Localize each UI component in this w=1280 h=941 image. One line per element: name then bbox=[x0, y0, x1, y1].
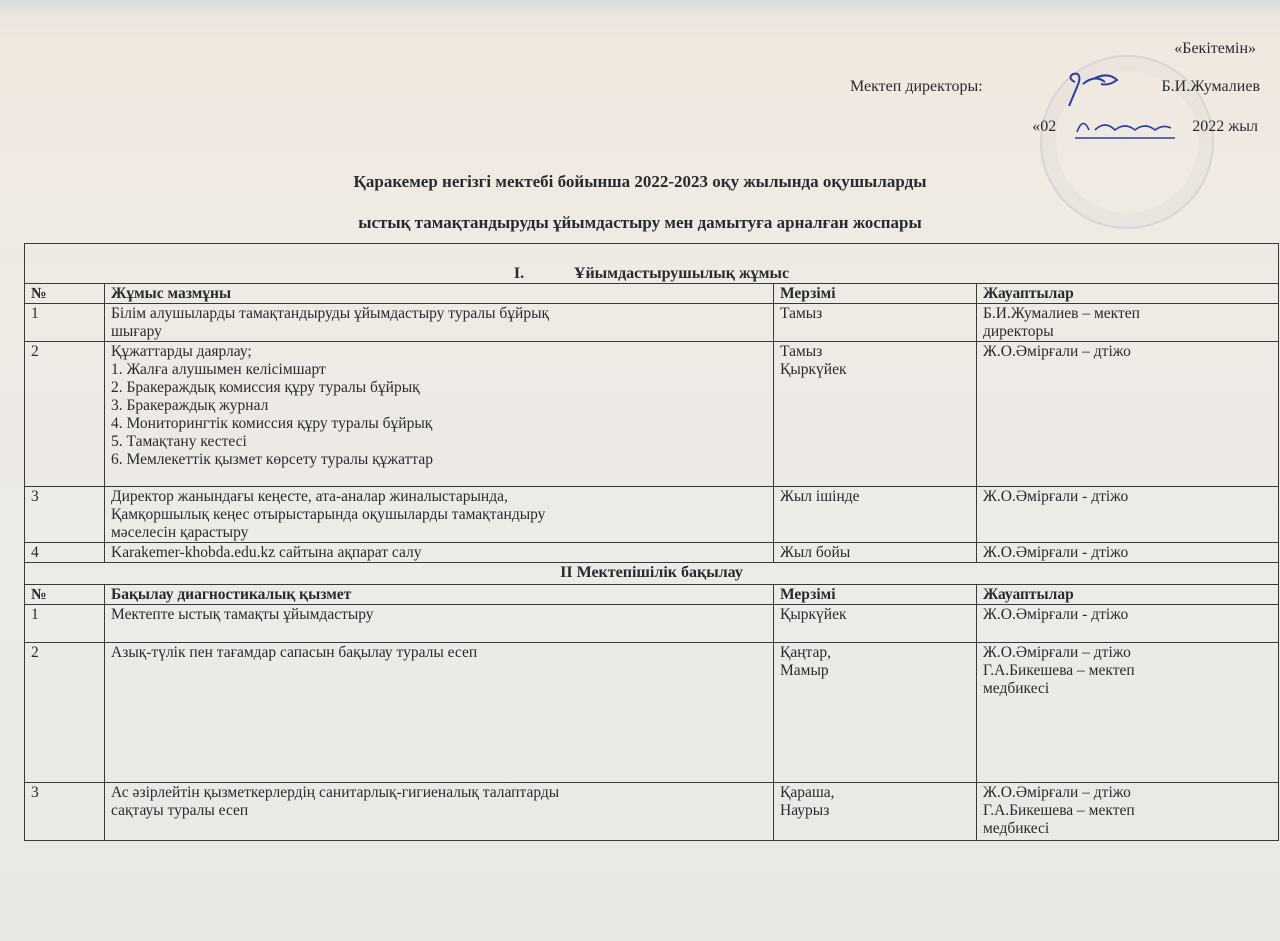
row-number: 3 bbox=[25, 487, 105, 543]
approval-date-year: 2022 жыл bbox=[1192, 118, 1258, 135]
section-number: I. bbox=[514, 265, 574, 283]
row-responsible-line: Ж.О.Әмірғали – дтіжо bbox=[983, 644, 1272, 662]
row-due: Қаңтар,Мамыр bbox=[774, 643, 977, 783]
row-content: Білім алушыларды тамақтандыруды ұйымдаст… bbox=[105, 304, 774, 342]
table-row: 1Білім алушыларды тамақтандыруды ұйымдас… bbox=[25, 304, 1279, 342]
row-content-line: сақтауы туралы есеп bbox=[111, 802, 767, 820]
row-due-line: Тамыз bbox=[780, 305, 970, 323]
row-responsible: Б.И.Жумалиев – мектепдиректоры bbox=[977, 304, 1279, 342]
row-content: Karakemer-khobda.edu.kz сайтына ақпарат … bbox=[105, 543, 774, 563]
row-number: 1 bbox=[25, 304, 105, 342]
row-content-line: Karakemer-khobda.edu.kz сайтына ақпарат … bbox=[111, 544, 767, 562]
row-content-line: 3. Бракераждық журнал bbox=[111, 397, 767, 415]
row-due: Қыркүйек bbox=[774, 605, 977, 643]
section-header-section2: II Мектепішілік бақылау bbox=[25, 563, 1279, 585]
row-responsible-line: Ж.О.Әмірғали - дтіжо bbox=[983, 544, 1272, 562]
table-row: 2Құжаттарды даярлау;1. Жалға алушымен ке… bbox=[25, 342, 1279, 487]
row-responsible-line: Ж.О.Әмірғали - дтіжо bbox=[983, 606, 1272, 624]
row-content-line: 4. Мониторингтік комиссия құру туралы бұ… bbox=[111, 415, 767, 433]
row-due-line: Жыл бойы bbox=[780, 544, 970, 562]
table-row: 4Karakemer-khobda.edu.kz сайтына ақпарат… bbox=[25, 543, 1279, 563]
row-responsible-line: Б.И.Жумалиев – мектеп bbox=[983, 305, 1272, 323]
row-due-line: Қаңтар, bbox=[780, 644, 970, 662]
document-title-line-1: Қаракемер негізгі мектебі бойынша 2022-2… bbox=[0, 172, 1280, 192]
row-content-line: 2. Бракераждық комиссия құру туралы бұйр… bbox=[111, 379, 767, 397]
row-content-line: Құжаттарды даярлау; bbox=[111, 343, 767, 361]
approval-name: Б.И.Жумалиев bbox=[1161, 78, 1260, 96]
row-number: 4 bbox=[25, 543, 105, 563]
row-content-line: 1. Жалға алушымен келісімшарт bbox=[111, 361, 767, 379]
row-responsible: Ж.О.Әмірғали - дтіжо bbox=[977, 543, 1279, 563]
row-responsible-line: Ж.О.Әмірғали - дтіжо bbox=[983, 488, 1272, 506]
section-title-text: Ұйымдастырушылық жұмыс bbox=[574, 265, 789, 282]
header-content: Бақылау диагностикалық қызмет bbox=[105, 585, 774, 605]
row-responsible: Ж.О.Әмірғали - дтіжо bbox=[977, 605, 1279, 643]
row-content-line: Білім алушыларды тамақтандыруды ұйымдаст… bbox=[111, 305, 767, 323]
row-due-line: Наурыз bbox=[780, 802, 970, 820]
row-number-line: 1 bbox=[31, 606, 98, 624]
row-number: 3 bbox=[25, 783, 105, 841]
row-content-line: Қамқоршылық кеңес отырыстарында оқушылар… bbox=[111, 506, 767, 524]
document-title-line-2: ыстық тамақтандыруды ұйымдастыру мен дам… bbox=[0, 213, 1280, 233]
section-title: II Мектепішілік бақылау bbox=[25, 563, 1279, 585]
row-number-line: 3 bbox=[31, 784, 98, 802]
row-number: 1 bbox=[25, 605, 105, 643]
header-responsible-line: Жауаптылар bbox=[983, 586, 1272, 604]
row-responsible: Ж.О.Әмірғали - дтіжо bbox=[977, 487, 1279, 543]
row-responsible-line: Ж.О.Әмірғали – дтіжо bbox=[983, 343, 1272, 361]
row-responsible-line: Г.А.Бикешева – мектеп bbox=[983, 802, 1272, 820]
header-due-line: Мерзімі bbox=[780, 285, 970, 303]
header-responsible: Жауаптылар bbox=[977, 284, 1279, 304]
signature-icon bbox=[1065, 70, 1145, 110]
row-due-line: Қыркүйек bbox=[780, 361, 970, 379]
row-content: Ас әзірлейтін қызметкерлердің санитарлық… bbox=[105, 783, 774, 841]
row-due-line: Жыл ішінде bbox=[780, 488, 970, 506]
header-due: Мерзімі bbox=[774, 284, 977, 304]
header-responsible-line: Жауаптылар bbox=[983, 285, 1272, 303]
row-number-line: 2 bbox=[31, 343, 98, 361]
approval-date: «02 2022 жыл bbox=[1192, 118, 1258, 136]
header-due-line: Мерзімі bbox=[780, 586, 970, 604]
row-content-line: Директор жанындағы кеңесте, ата-аналар ж… bbox=[111, 488, 767, 506]
header-no-line: № bbox=[31, 285, 98, 303]
row-content-line: Мектепте ыстық тамақты ұйымдастыру bbox=[111, 606, 767, 624]
row-responsible-line: Ж.О.Әмірғали – дтіжо bbox=[983, 784, 1272, 802]
row-due: Жыл ішінде bbox=[774, 487, 977, 543]
row-responsible: Ж.О.Әмірғали – дтіжоГ.А.Бикешева – мекте… bbox=[977, 783, 1279, 841]
row-due-line: Қараша, bbox=[780, 784, 970, 802]
handwritten-date-icon bbox=[1075, 112, 1175, 142]
row-content: Директор жанындағы кеңесте, ата-аналар ж… bbox=[105, 487, 774, 543]
row-number-line: 4 bbox=[31, 544, 98, 562]
row-responsible-line: директоры bbox=[983, 323, 1272, 341]
row-responsible: Ж.О.Әмірғали – дтіжоГ.А.Бикешева – мекте… bbox=[977, 643, 1279, 783]
row-responsible-line: Г.А.Бикешева – мектеп bbox=[983, 662, 1272, 680]
row-due: Жыл бойы bbox=[774, 543, 977, 563]
row-content-line: Ас әзірлейтін қызметкерлердің санитарлық… bbox=[111, 784, 767, 802]
row-number-line: 2 bbox=[31, 644, 98, 662]
row-due: ТамызҚыркүйек bbox=[774, 342, 977, 487]
table-row: 2Азық-түлік пен тағамдар сапасын бақылау… bbox=[25, 643, 1279, 783]
row-content-line: 6. Мемлекеттік қызмет көрсету туралы құж… bbox=[111, 451, 767, 469]
header-content: Жұмыс мазмұны bbox=[105, 284, 774, 304]
header-no: № bbox=[25, 585, 105, 605]
section-title-text: II Мектепішілік бақылау bbox=[560, 564, 743, 581]
approval-title: «Бекітемін» bbox=[1174, 40, 1256, 58]
row-content-line: 5. Тамақтану кестесі bbox=[111, 433, 767, 451]
row-due-line: Мамыр bbox=[780, 662, 970, 680]
section-title: I.Ұйымдастырушылық жұмыс bbox=[25, 244, 1279, 284]
approval-role: Мектеп директоры: bbox=[850, 78, 983, 96]
row-number-line: 3 bbox=[31, 488, 98, 506]
row-number: 2 bbox=[25, 643, 105, 783]
header-responsible: Жауаптылар bbox=[977, 585, 1279, 605]
row-responsible-line: медбикесі bbox=[983, 680, 1272, 698]
table-row: 3Ас әзірлейтін қызметкерлердің санитарлы… bbox=[25, 783, 1279, 841]
header-no: № bbox=[25, 284, 105, 304]
row-due: Қараша,Наурыз bbox=[774, 783, 977, 841]
header-no-line: № bbox=[31, 586, 98, 604]
header-content-line: Жұмыс мазмұны bbox=[111, 285, 767, 303]
row-due-line: Қыркүйек bbox=[780, 606, 970, 624]
row-content-line: Азық-түлік пен тағамдар сапасын бақылау … bbox=[111, 644, 767, 662]
header-due: Мерзімі bbox=[774, 585, 977, 605]
row-due-line: Тамыз bbox=[780, 343, 970, 361]
row-due: Тамыз bbox=[774, 304, 977, 342]
header-content-line: Бақылау диагностикалық қызмет bbox=[111, 586, 767, 604]
plan-table: I.Ұйымдастырушылық жұмыс№Жұмыс мазмұныМе… bbox=[24, 243, 1279, 841]
row-content: Азық-түлік пен тағамдар сапасын бақылау … bbox=[105, 643, 774, 783]
row-content-line: мәселесін қарастыру bbox=[111, 524, 767, 542]
row-content: Құжаттарды даярлау;1. Жалға алушымен кел… bbox=[105, 342, 774, 487]
section-header-section1: I.Ұйымдастырушылық жұмыс bbox=[25, 244, 1279, 284]
row-content-line: шығару bbox=[111, 323, 767, 341]
row-responsible: Ж.О.Әмірғали – дтіжо bbox=[977, 342, 1279, 487]
approval-date-prefix: «02 bbox=[1032, 118, 1056, 136]
column-headers: №Жұмыс мазмұныМерзіміЖауаптылар bbox=[25, 284, 1279, 304]
table-row: 3Директор жанындағы кеңесте, ата-аналар … bbox=[25, 487, 1279, 543]
row-content: Мектепте ыстық тамақты ұйымдастыру bbox=[105, 605, 774, 643]
row-number-line: 1 bbox=[31, 305, 98, 323]
table-row: 1Мектепте ыстық тамақты ұйымдастыруҚыркү… bbox=[25, 605, 1279, 643]
row-responsible-line: медбикесі bbox=[983, 820, 1272, 838]
row-number: 2 bbox=[25, 342, 105, 487]
column-headers: №Бақылау диагностикалық қызметМерзіміЖау… bbox=[25, 585, 1279, 605]
